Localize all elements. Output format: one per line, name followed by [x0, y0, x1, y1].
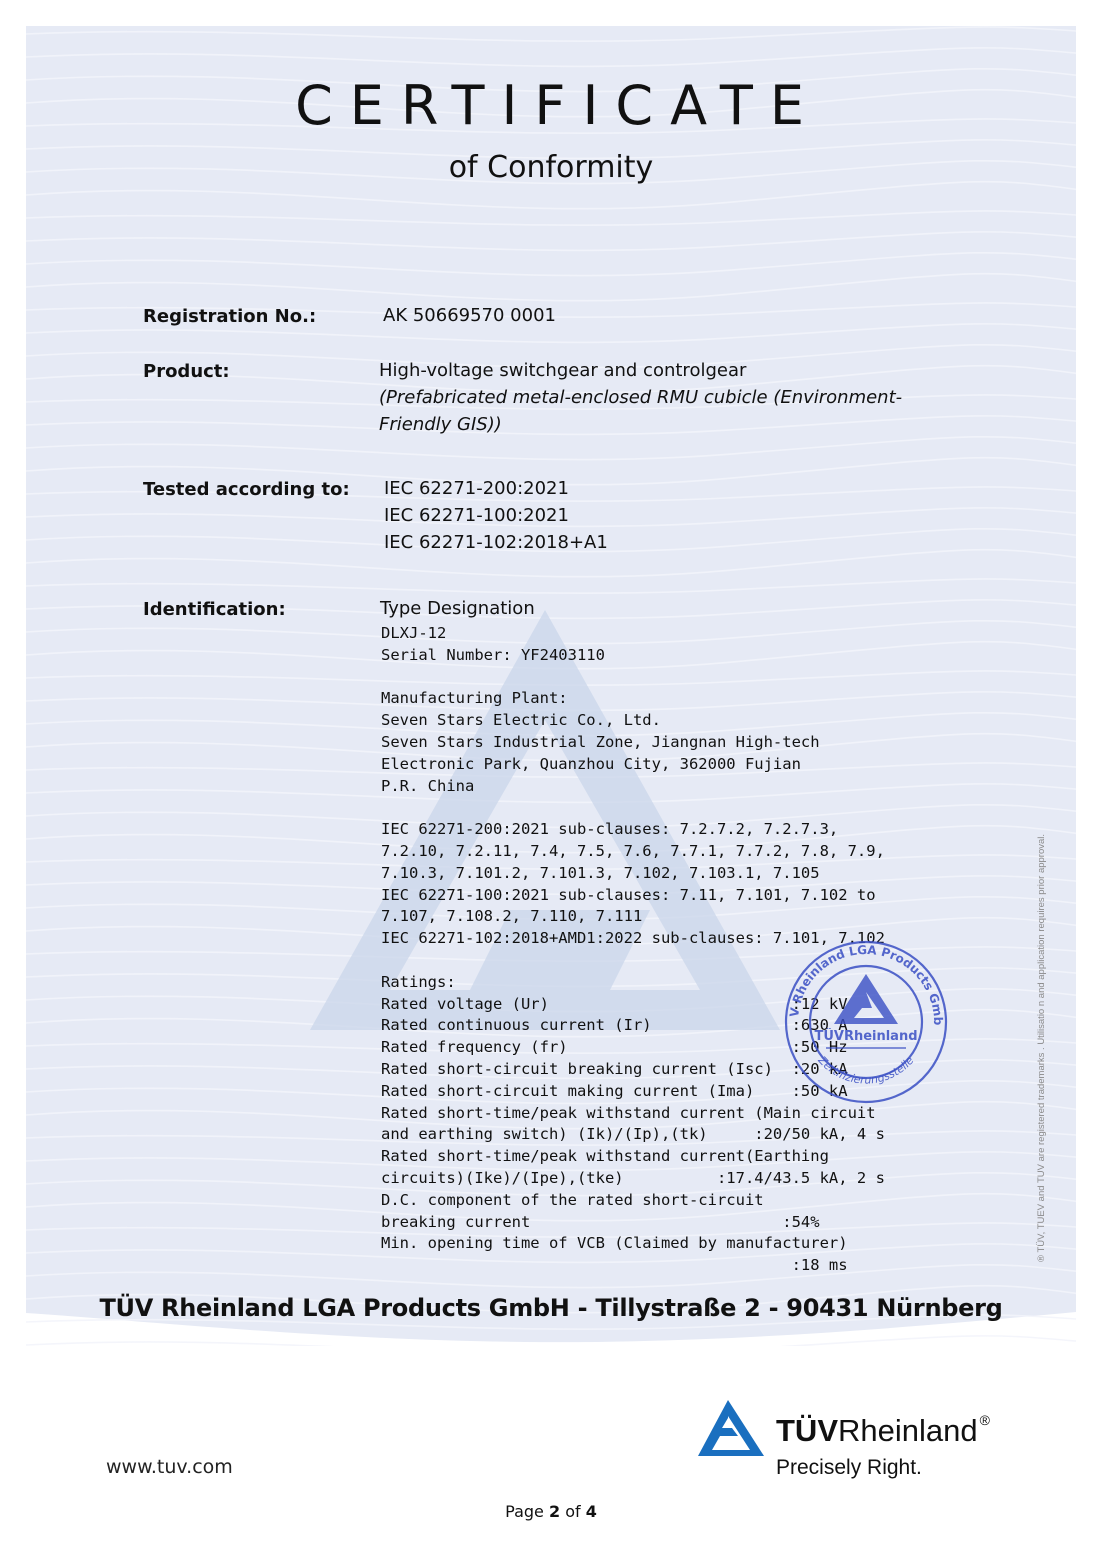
certification-stamp: TÜV Rheinland LGA Products GmbH TÜVRhein…: [776, 934, 956, 1104]
product-label: Product:: [143, 361, 230, 382]
tuv-logo-wordmark: TÜVRheinland®: [776, 1415, 990, 1446]
tuv-logo-icon: [698, 1400, 764, 1458]
identification-line: [381, 667, 885, 689]
website-link[interactable]: www.tuv.com: [106, 1456, 233, 1478]
svg-text:TÜV Rheinland LGA Products Gmb: TÜV Rheinland LGA Products GmbH: [776, 934, 945, 1026]
type-designation-label: Type Designation: [380, 595, 535, 622]
identification-line: Serial Number: YF2403110: [381, 645, 885, 667]
identification-line: P.R. China: [381, 776, 885, 798]
registration-number: AK 50669570 0001: [383, 302, 556, 329]
identification-line: [381, 797, 885, 819]
registration-label: Registration No.:: [143, 306, 316, 327]
identification-line: D.C. component of the rated short-circui…: [381, 1190, 885, 1212]
identification-line: Rated short-time/peak withstand current …: [381, 1103, 885, 1125]
page-number: Page 2 of 4: [0, 1502, 1102, 1521]
tuv-logo-tagline: Precisely Right.: [776, 1456, 922, 1480]
identification-line: and earthing switch) (Ik)/(Ip),(tk) :20/…: [381, 1124, 885, 1146]
product-line-1: High-voltage switchgear and controlgear: [379, 357, 902, 384]
identification-line: Electronic Park, Quanzhou City, 362000 F…: [381, 754, 885, 776]
issuer-address: TÜV Rheinland LGA Products GmbH - Tillys…: [0, 1294, 1102, 1322]
identification-line: DLXJ-12: [381, 623, 885, 645]
trademark-note: ® TÜV, TUEV and TUV are registered trade…: [1036, 782, 1047, 1262]
identification-line: :18 ms: [381, 1255, 885, 1277]
identification-label: Identification:: [143, 599, 286, 620]
identification-line: circuits)(Ike)/(Ipe),(tke) :17.4/43.5 kA…: [381, 1168, 885, 1190]
product-line-3: Friendly GIS)): [379, 411, 902, 438]
identification-line: IEC 62271-100:2021 sub-clauses: 7.11, 7.…: [381, 885, 885, 907]
standard-item: IEC 62271-102:2018+A1: [384, 529, 608, 556]
standard-item: IEC 62271-200:2021: [384, 475, 608, 502]
identification-line: 7.10.3, 7.101.2, 7.101.3, 7.102, 7.103.1…: [381, 863, 885, 885]
identification-line: breaking current :54%: [381, 1212, 885, 1234]
identification-line: Rated short-time/peak withstand current(…: [381, 1146, 885, 1168]
svg-text:TÜVRheinland: TÜVRheinland: [814, 1028, 917, 1044]
identification-line: IEC 62271-200:2021 sub-clauses: 7.2.7.2,…: [381, 819, 885, 841]
product-description: High-voltage switchgear and controlgear …: [379, 357, 902, 438]
identification-line: Manufacturing Plant:: [381, 688, 885, 710]
product-line-2: (Prefabricated metal-enclosed RMU cubicl…: [379, 384, 902, 411]
tested-label: Tested according to:: [143, 479, 350, 500]
certificate-subtitle: of Conformity: [0, 150, 1102, 185]
identification-line: Seven Stars Electric Co., Ltd.: [381, 710, 885, 732]
svg-text:Zertifizierungsstelle: Zertifizierungsstelle: [815, 1053, 917, 1086]
certificate-title: CERTIFICATE: [0, 74, 1102, 137]
identification-line: Min. opening time of VCB (Claimed by man…: [381, 1233, 885, 1255]
identification-line: 7.2.10, 7.2.11, 7.4, 7.5, 7.6, 7.7.1, 7.…: [381, 841, 885, 863]
standard-item: IEC 62271-100:2021: [384, 502, 608, 529]
identification-line: Seven Stars Industrial Zone, Jiangnan Hi…: [381, 732, 885, 754]
identification-line: 7.107, 7.108.2, 7.110, 7.111: [381, 906, 885, 928]
tested-standards: IEC 62271-200:2021 IEC 62271-100:2021 IE…: [384, 475, 608, 556]
